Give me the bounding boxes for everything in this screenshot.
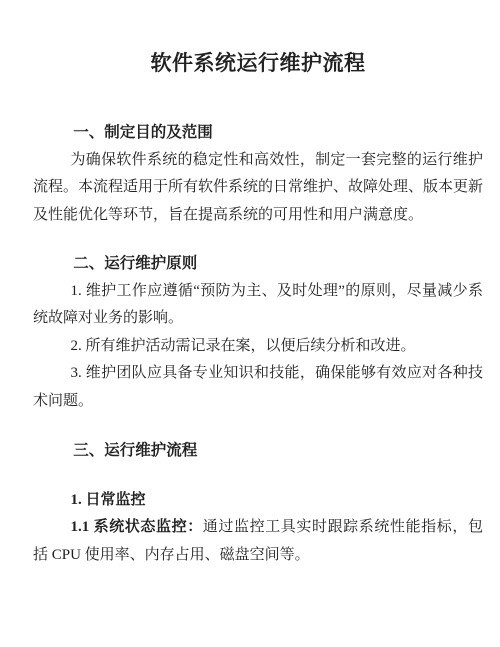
document-title: 软件系统运行维护流程 <box>33 47 483 79</box>
section2-heading: 二、运行维护原则 <box>33 250 483 278</box>
principle-item-2: 2. 所有维护活动需记录在案，以便后续分析和改进。 <box>33 333 483 361</box>
section3-heading: 三、运行维护流程 <box>33 437 483 465</box>
section1-paragraph: 为确保软件系统的稳定性和高效性，制定一套完整的运行维护流程。本流程适用于所有软件… <box>33 147 483 230</box>
section3-subheading: 1. 日常监控 <box>33 487 483 515</box>
monitoring-item-label: 1.1 系统状态监控： <box>71 519 203 535</box>
principle-item-3: 3. 维护团队应具备专业知识和技能，确保能够有效应对各种技术问题。 <box>33 360 483 415</box>
document-page: 软件系统运行维护流程 一、制定目的及范围 为确保软件系统的稳定性和高效性，制定一… <box>0 0 500 647</box>
principle-item-1: 1. 维护工作应遵循“预防为主、及时处理”的原则，尽量减少系统故障对业务的影响。 <box>33 278 483 333</box>
section1-heading: 一、制定目的及范围 <box>33 119 483 147</box>
monitoring-item: 1.1 系统状态监控：通过监控工具实时跟踪系统性能指标，包括 CPU 使用率、内… <box>33 514 483 569</box>
